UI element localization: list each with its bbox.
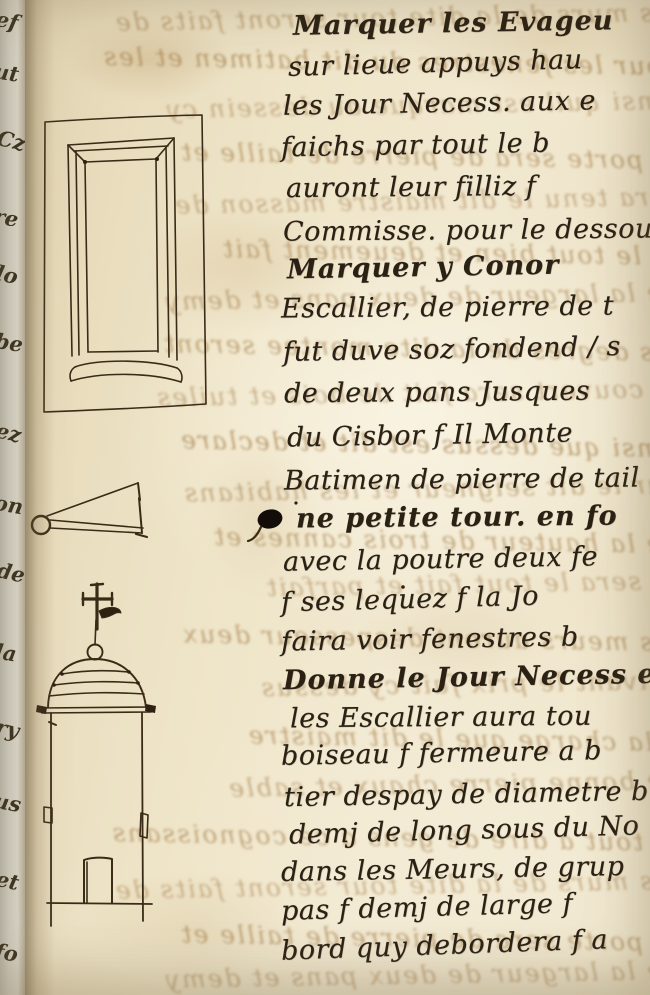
manuscript-line: Commisse. pour le dessous [283, 213, 650, 247]
facing-page-fragment: la [0, 638, 18, 666]
manuscript-line: ne petite tour. en fo [296, 501, 618, 535]
facing-page-fragment: re [0, 203, 20, 232]
manuscript-line: les Escallier aura tou [290, 701, 592, 735]
manuscript-line: Marquer les Evageu [293, 5, 614, 42]
facing-page-fragment: ut [0, 58, 21, 86]
manuscript-line: tier despay de diametre b [284, 776, 649, 813]
manuscript-line: faichs par tout le b [281, 128, 550, 164]
facing-page-fragment: us [0, 788, 23, 817]
handwritten-text-block: Marquer les Evageu sur lieue appuys hau … [0, 0, 650, 995]
facing-page-fragment: de [0, 557, 25, 587]
facing-page-fragment: be [0, 328, 25, 357]
manuscript-line: demj de long sous du No [289, 810, 640, 850]
manuscript-photo: les murs de la dite tour seront faits de… [0, 0, 650, 995]
manuscript-line: faira voir fenestres b [281, 621, 579, 657]
facing-page-fragment: ez [0, 417, 24, 447]
facing-page-fragment: fo [0, 938, 20, 966]
manuscript-line: Batimen de pierre de tail [284, 462, 640, 496]
manuscript-line: Donne le Jour Necess e [283, 659, 650, 696]
facing-page-fragment: ef [0, 6, 21, 35]
facing-page-fragment: lo [0, 260, 20, 289]
manuscript-line: boiseau f fermeure a b [281, 735, 602, 772]
manuscript-line: de deux pans Jusques [284, 376, 590, 410]
facing-page-fragment: on [0, 490, 25, 520]
facing-page-fragment: Cz [0, 125, 25, 156]
manuscript-line: avec la poutre deux fe [283, 541, 599, 577]
manuscript-line: les Jour Necess. aux e [283, 85, 596, 121]
manuscript-line: du Cisbor f Il Monte [287, 418, 574, 454]
facing-page-fragment: et [0, 866, 21, 895]
manuscript-line: bord quy debordera f a [281, 924, 609, 966]
manuscript-line: Escallier, de pierre de t [281, 291, 614, 325]
manuscript-line: fut duve soz fondend / s [283, 331, 621, 368]
manuscript-line: auront leur filliz f [286, 171, 537, 204]
facing-page-fragment: ry [0, 714, 22, 744]
facing-page-edge: ef ut Cz re lo be ez on de la ry us et f… [0, 0, 25, 995]
manuscript-line: sur lieue appuys hau [288, 44, 583, 83]
manuscript-line: pas f demj de large f [281, 888, 574, 927]
manuscript-line: f ses lequez f la Jo [281, 581, 540, 619]
manuscript-line: dans les Meurs, de grup [281, 851, 625, 888]
manuscript-line: Marquer y Conor [287, 250, 560, 286]
